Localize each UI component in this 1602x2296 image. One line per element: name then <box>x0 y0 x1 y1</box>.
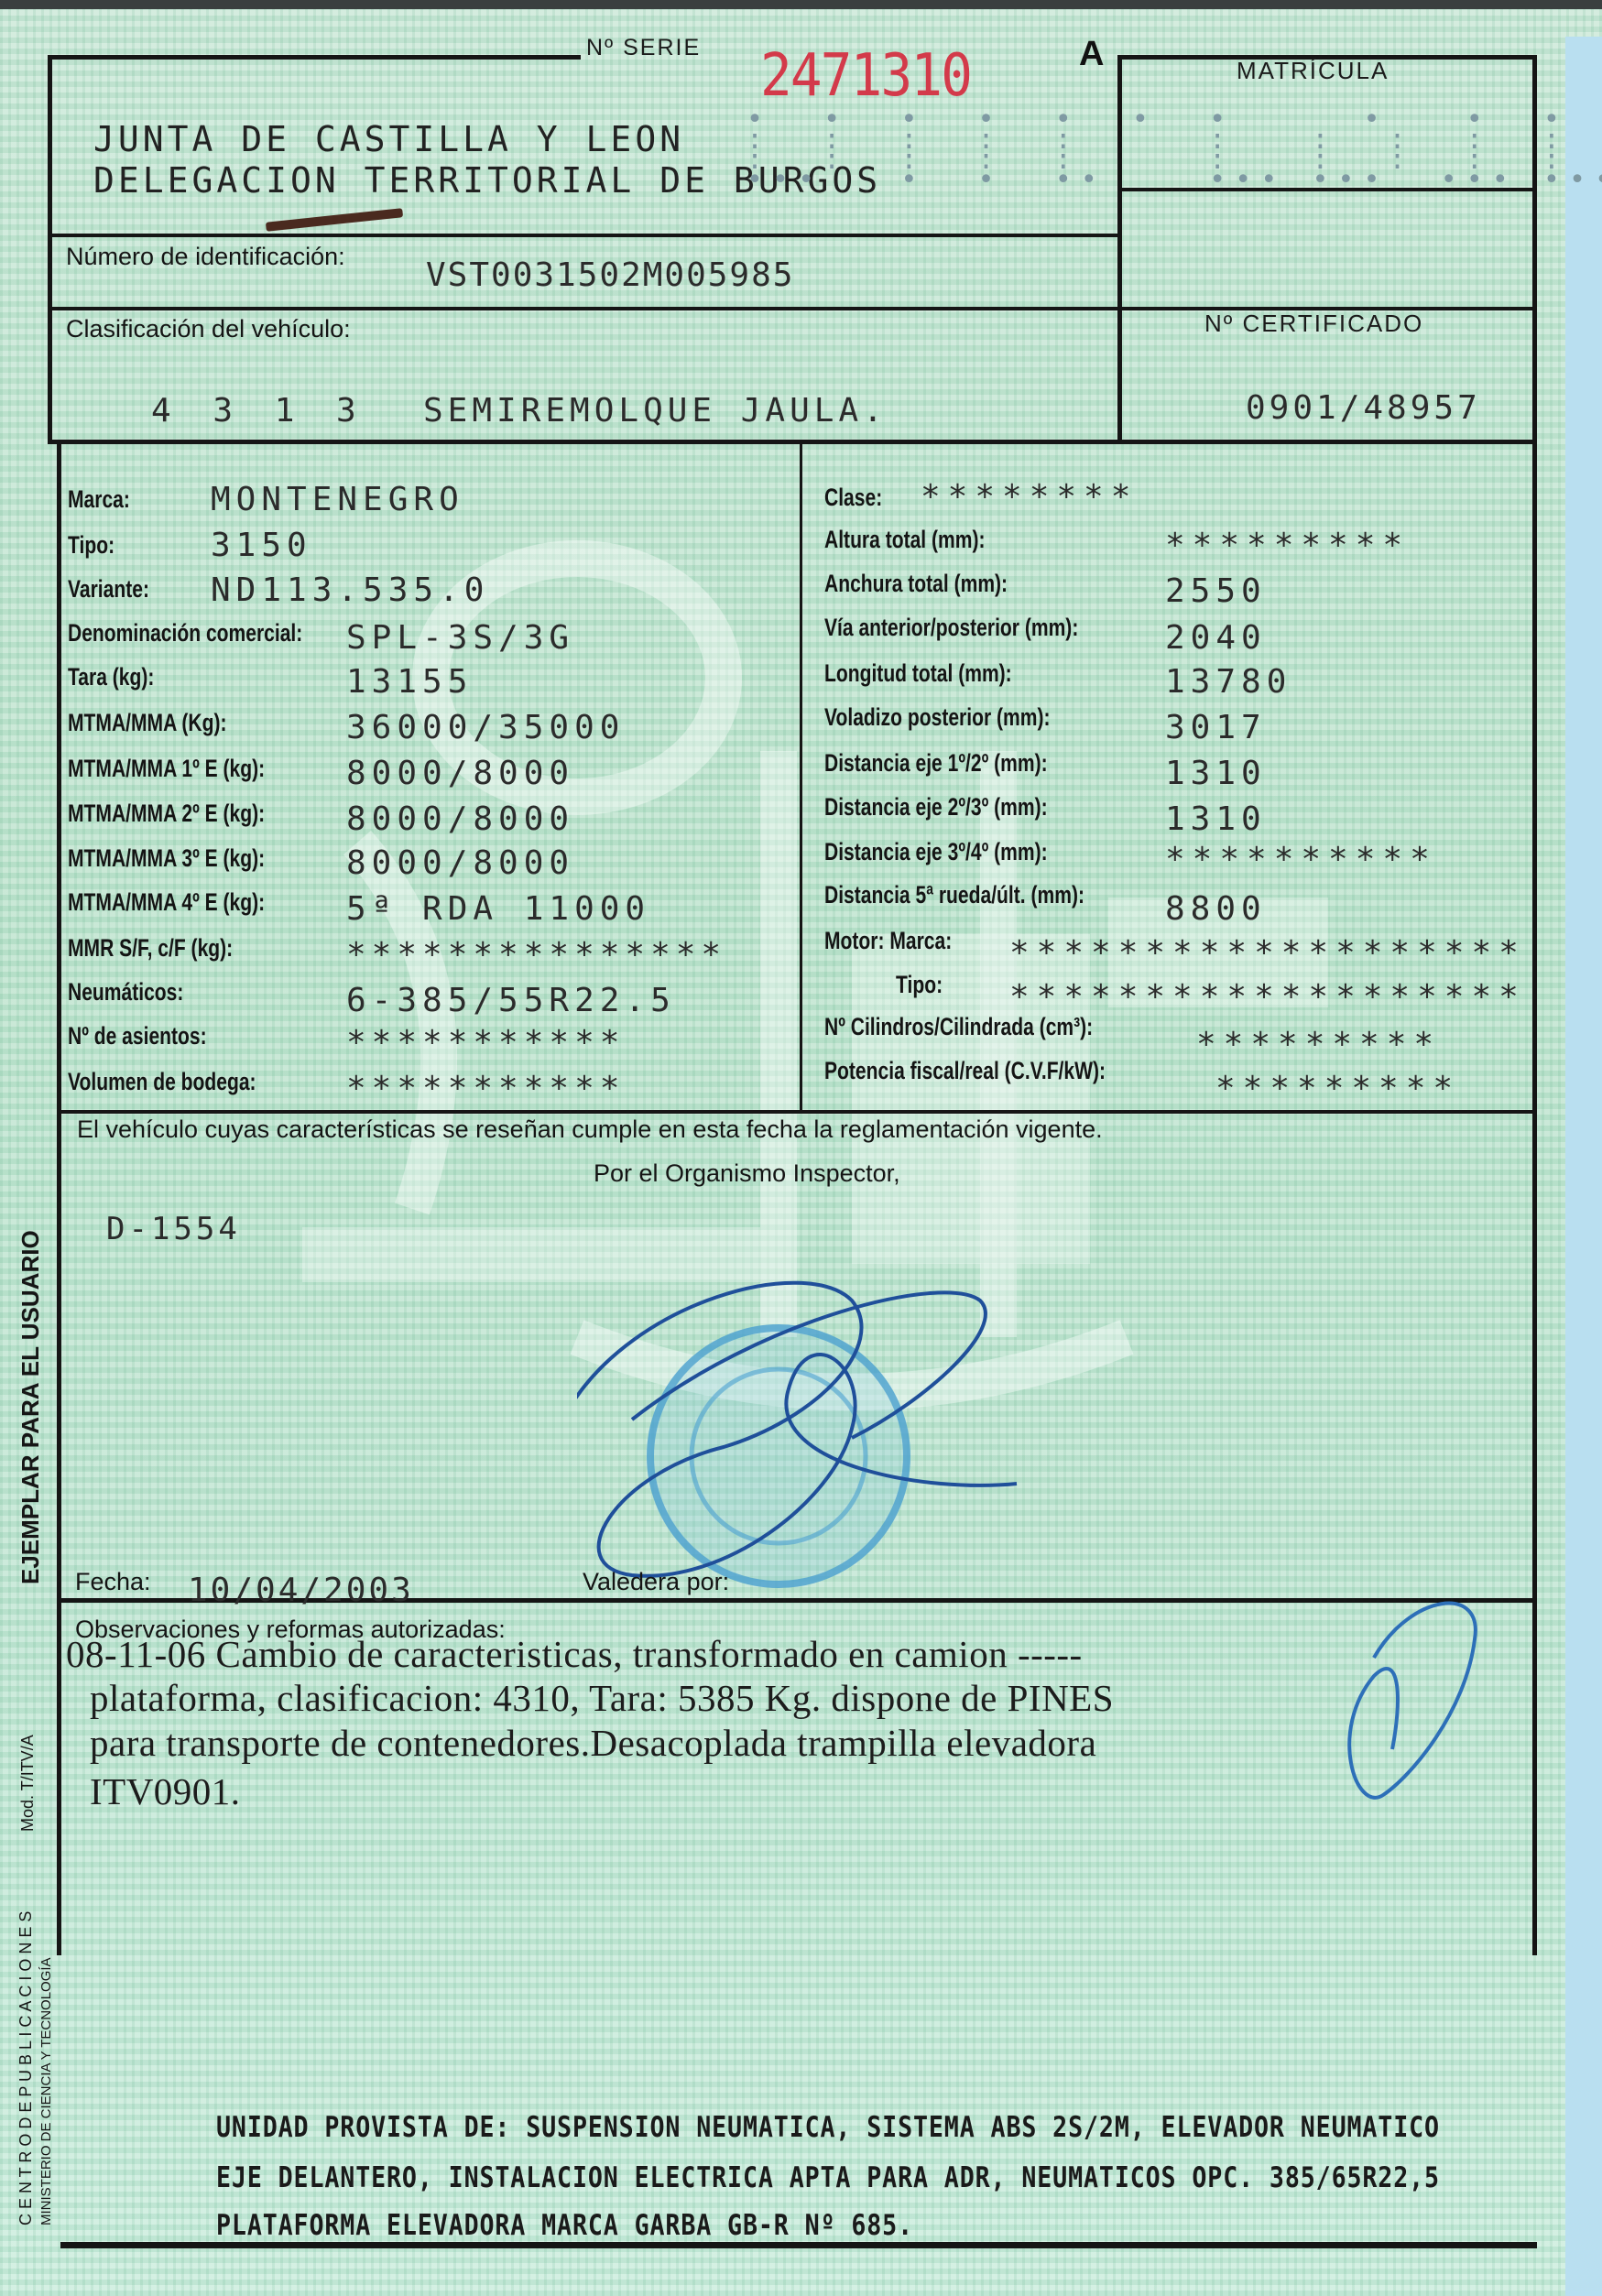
left-field-value: *********** <box>346 1024 625 1061</box>
left-field-value: 36000/35000 <box>346 709 625 746</box>
left-field-label: MTMA/MMA 4º E (kg): <box>68 888 265 917</box>
right-field-value: 8800 <box>1165 890 1267 928</box>
certificado-value: 0901/48957 <box>1246 389 1481 427</box>
matricula-label: MATRÍCULA <box>1237 57 1389 85</box>
ejemplar-side-text: EJEMPLAR PARA EL USUARIO <box>16 1230 45 1584</box>
unidad-line-1: UNIDAD PROVISTA DE: SUSPENSION NEUMATICA… <box>216 2111 1440 2144</box>
frame-bottom <box>60 2242 1537 2248</box>
inspector-code: D-1554 <box>106 1211 241 1247</box>
left-field-label: Marca: <box>68 485 130 514</box>
header-divider <box>48 234 1119 237</box>
right-field-label: Tipo: <box>896 971 943 999</box>
initials-signature <box>1301 1575 1539 1813</box>
right-field-label: Nº Cilindros/Cilindrada (cm³): <box>824 1013 1093 1041</box>
left-field-label: Tipo: <box>68 531 114 560</box>
unidad-line-2: EJE DELANTERO, INSTALACION ELECTRICA APT… <box>216 2161 1440 2194</box>
unidad-line-3: PLATAFORMA ELEVADORA MARCA GARBA GB-R Nº… <box>216 2209 913 2242</box>
fecha-label: Fecha: <box>75 1568 151 1596</box>
centro-side-text: C E N T R O D E P U B L I C A C I O N E … <box>16 1911 36 2225</box>
right-field-value: 13780 <box>1165 663 1291 701</box>
left-field-value: ND113.535.0 <box>211 571 489 609</box>
right-field-value: 2550 <box>1165 572 1267 610</box>
right-field-label: Distancia eje 2º/3º (mm): <box>824 793 1048 822</box>
perforation-dots: • • • • • • • • • • • • • • : : : : : : … <box>747 110 1602 190</box>
right-field-label: Motor: Marca: <box>824 927 952 955</box>
right-field-value: 1310 <box>1165 800 1267 838</box>
valedera-label: Valedera por: <box>583 1568 729 1596</box>
left-field-value: 3150 <box>211 527 312 564</box>
right-field-label: Clase: <box>824 484 882 512</box>
left-field-value: MONTENEGRO <box>211 481 464 518</box>
modelo-side-text: Mod. T/ITV/A <box>18 1735 38 1832</box>
left-field-value: 6-385/55R22.5 <box>346 982 676 1019</box>
right-field-label: Vía anterior/posterior (mm): <box>824 614 1078 642</box>
right-field-value: ********* <box>1215 1070 1460 1107</box>
left-field-label: MTMA/MMA 2º E (kg): <box>68 800 265 828</box>
clasificacion-code: 4 3 1 3 <box>151 392 367 430</box>
left-field-label: MTMA/MMA (Kg): <box>68 709 226 737</box>
left-field-label: Variante: <box>68 575 149 604</box>
left-field-value: 8000/8000 <box>346 755 574 792</box>
right-field-label: Altura total (mm): <box>824 526 986 554</box>
right-field-value: ********* <box>1165 527 1410 564</box>
left-field-label: Neumáticos: <box>68 978 183 1007</box>
right-field-value: 3017 <box>1165 709 1267 746</box>
left-field-label: MTMA/MMA 3º E (kg): <box>68 844 265 873</box>
right-field-value: ******** <box>921 478 1138 516</box>
clasificacion-label: Clasificación del vehículo: <box>66 315 351 343</box>
right-field-label: Longitud total (mm): <box>824 659 1012 688</box>
left-field-value: 8000/8000 <box>346 800 574 838</box>
frame-top-left <box>48 55 581 60</box>
left-field-value: 5ª RDA 11000 <box>346 890 650 928</box>
compliance-text: El vehículo cuyas características se res… <box>77 1115 1103 1144</box>
frame-left-lower <box>57 440 61 1955</box>
right-field-label: Distancia eje 1º/2º (mm): <box>824 749 1048 778</box>
clasificacion-value: SEMIREMOLQUE JAULA. <box>423 392 888 430</box>
identificacion-label: Número de identificación: <box>66 243 345 271</box>
left-field-label: MTMA/MMA 1º E (kg): <box>68 755 265 783</box>
left-field-label: MMR S/F, c/F (kg): <box>68 934 233 963</box>
left-field-value: *************** <box>346 936 726 974</box>
identificacion-value: VST0031502M005985 <box>426 256 794 294</box>
left-field-label: Denominación comercial: <box>68 619 302 647</box>
right-field-value: 1310 <box>1165 755 1267 792</box>
certificado-label: Nº CERTIFICADO <box>1204 310 1423 338</box>
right-field-value: ********** <box>1165 841 1437 878</box>
left-field-label: Nº de asientos: <box>68 1022 207 1050</box>
specs-bottom <box>57 1110 1536 1114</box>
right-field-label: Voladizo posterior (mm): <box>824 703 1050 732</box>
right-field-label: Anchura total (mm): <box>824 570 1008 598</box>
right-field-label: Potencia fiscal/real (C.V.F/kW): <box>824 1057 1106 1085</box>
fecha-value: 10/04/2003 <box>188 1572 414 1609</box>
official-stamp-with-signature <box>577 1264 1145 1594</box>
right-field-value: ******************* <box>1009 978 1526 1016</box>
right-field-value: 2040 <box>1165 619 1267 657</box>
left-field-label: Volumen de bodega: <box>68 1068 256 1096</box>
left-field-label: Tara (kg): <box>68 663 154 691</box>
serie-label: Nº SERIE <box>586 35 701 61</box>
right-edge <box>1565 37 1602 2296</box>
ministerio-side-text: MINISTERIO DE CIENCIA Y TECNOLOGÍA <box>38 1957 54 2225</box>
issuer-line-1: JUNTA DE CASTILLA Y LEON <box>93 119 684 159</box>
left-field-value: 13155 <box>346 663 473 701</box>
observaciones-line-1: 08-11-06 Cambio de caracteristicas, tran… <box>66 1632 1083 1676</box>
specs-center-divider <box>800 441 802 1112</box>
right-field-label: Distancia 5ª rueda/últ. (mm): <box>824 881 1084 909</box>
serie-letter: A <box>1079 35 1104 74</box>
right-field-label: Distancia eje 3º/4º (mm): <box>824 838 1048 866</box>
observaciones-line-4: ITV0901. <box>90 1769 241 1813</box>
frame-left <box>48 55 52 443</box>
observaciones-line-2: plataforma, clasificacion: 4310, Tara: 5… <box>90 1676 1114 1720</box>
left-field-value: *********** <box>346 1070 625 1107</box>
right-field-value: ********* <box>1196 1026 1441 1063</box>
classification-bottom <box>48 440 1536 444</box>
serie-number: 2471310 <box>760 42 971 110</box>
top-edge <box>0 0 1602 9</box>
inspector-text: Por el Organismo Inspector, <box>594 1159 900 1188</box>
right-field-value: ******************* <box>1009 934 1526 972</box>
left-field-value: SPL-3S/3G <box>346 619 574 657</box>
left-field-value: 8000/8000 <box>346 844 574 882</box>
observaciones-line-3: para transporte de contenedores.Desacopl… <box>90 1721 1096 1765</box>
